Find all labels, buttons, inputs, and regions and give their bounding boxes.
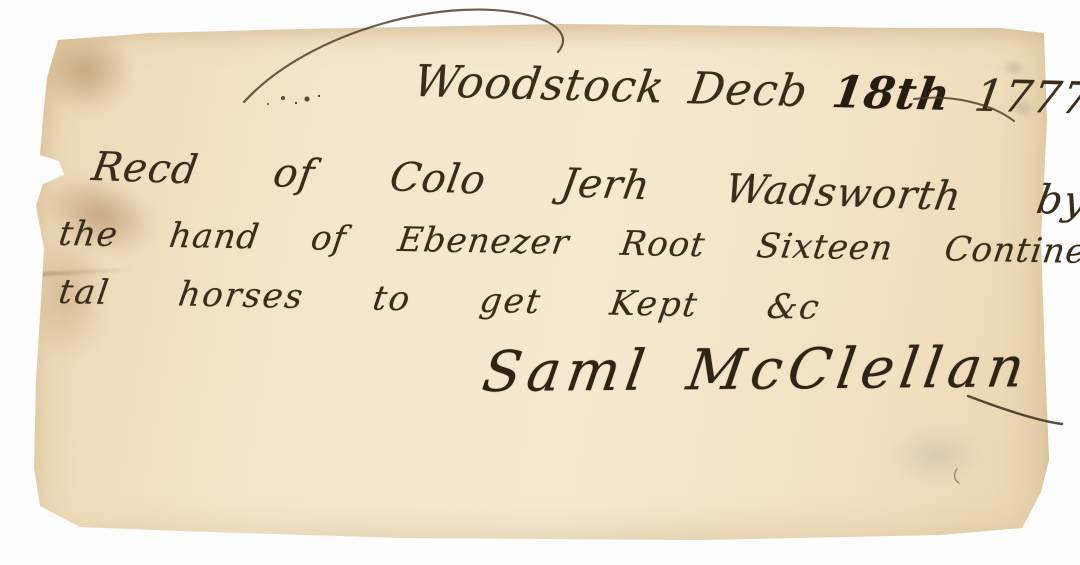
paper-smudge-bottom-right (888, 426, 983, 484)
date-year: 1777 (971, 71, 1080, 125)
signature-text: Saml McClellan (478, 335, 1034, 405)
date-month: Decb (686, 63, 812, 117)
scanned-document: Woodstock Decb 18th 1777 Recd of Colo Je… (0, 0, 1080, 565)
date-day: 18th (829, 67, 954, 121)
place-text: Woodstock (410, 56, 668, 113)
paper-stain-top-left (38, 28, 133, 113)
